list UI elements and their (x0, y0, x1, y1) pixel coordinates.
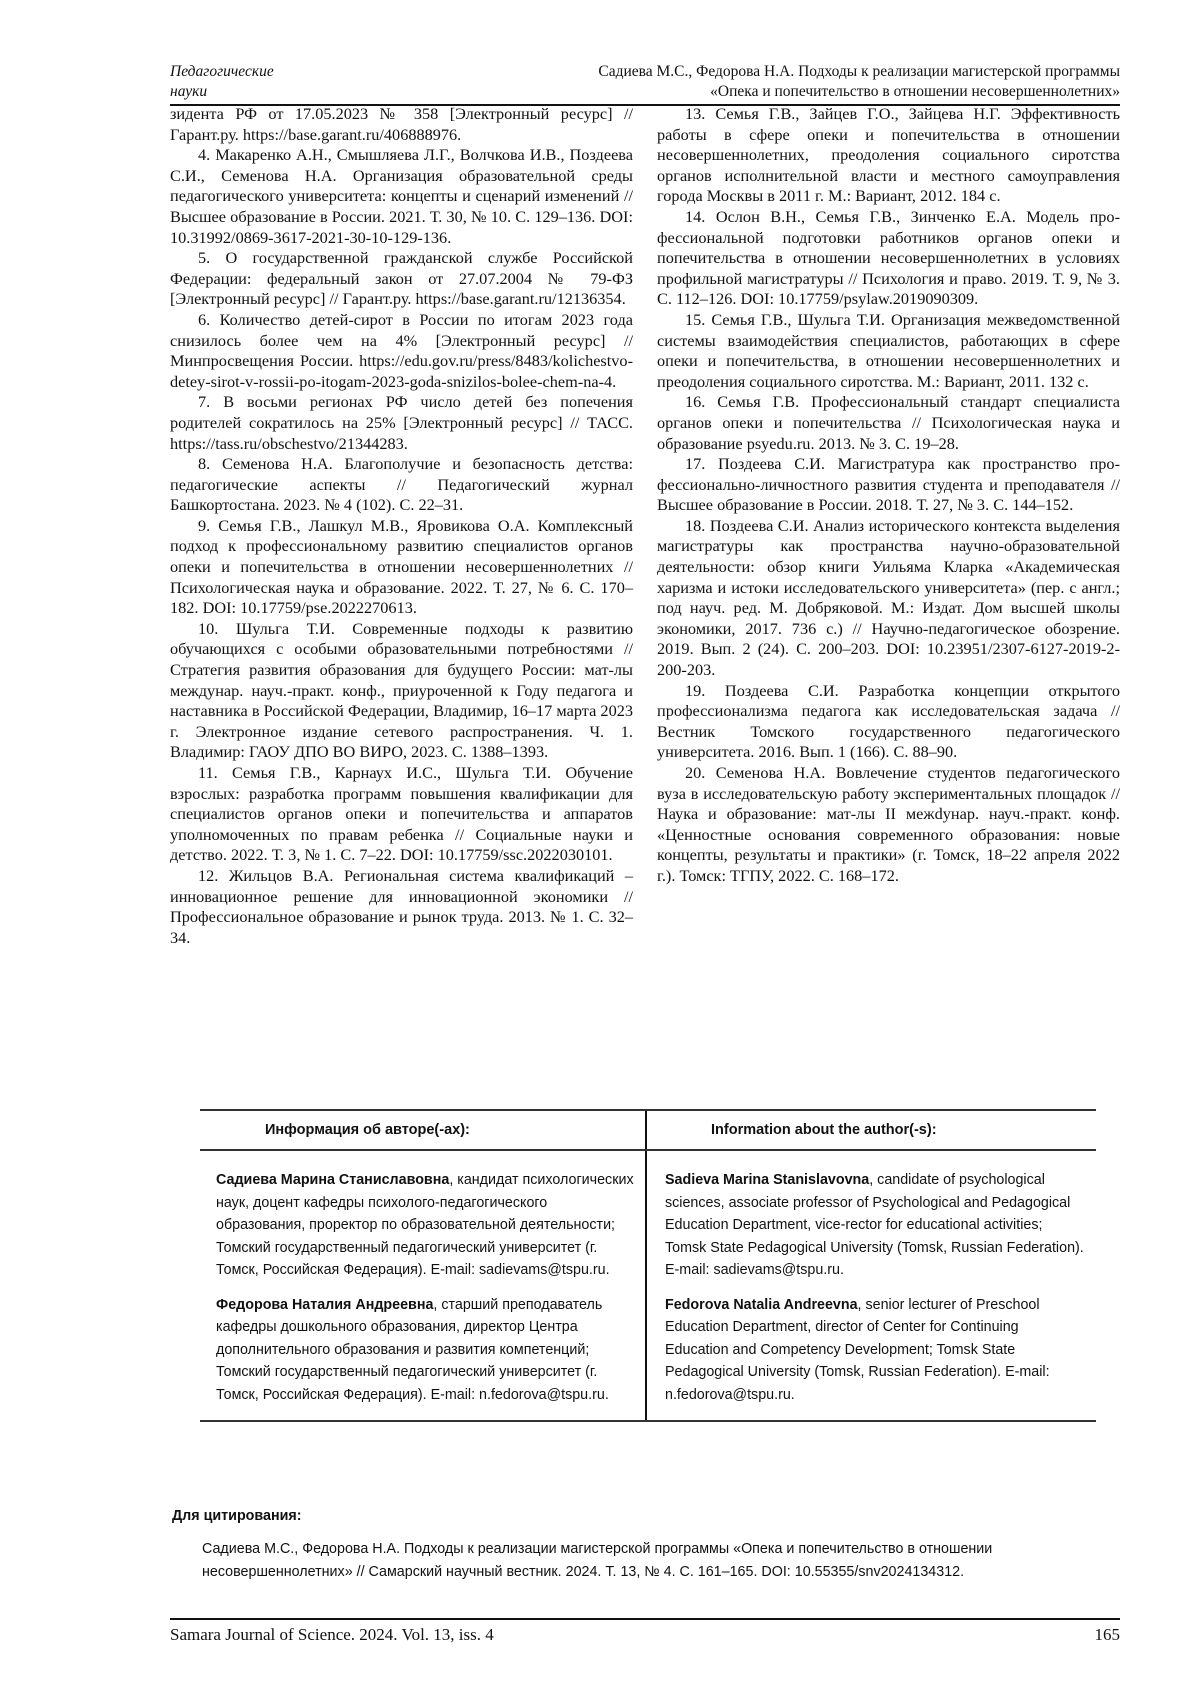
reference-item: 14. Ослон В.Н., Семья Г.В., Зинченко Е.А… (657, 207, 1120, 310)
reference-item: 13. Семья Г.В., Зайцев Г.О., Зайцева Н.Г… (657, 104, 1120, 207)
author-info-en: Sadieva Marina Stanislavovna, candidate … (647, 1151, 1096, 1420)
reference-item: 12. Жильцов В.А. Региональная система кв… (170, 866, 633, 948)
reference-item: 9. Семья Г.В., Лашкул М.В., Яровикова О.… (170, 516, 633, 619)
reference-item: 11. Семья Г.В., Карнаух И.С., Шульга Т.И… (170, 763, 633, 866)
author-info-heading-en: Information about the author(-s): (647, 1111, 1096, 1149)
reference-item: 17. Поздеева С.И. Магистратура как прост… (657, 454, 1120, 516)
running-header: Педагогические науки Садиева М.С., Федор… (170, 62, 1120, 106)
reference-item: 10. Шульга Т.И. Современные подходы к ра… (170, 619, 633, 763)
author-entry: Fedorova Natalia Andreevna, senior lectu… (665, 1294, 1086, 1407)
author-name: Fedorova Natalia Andreevna (665, 1297, 858, 1313)
reference-item: 16. Семья Г.В. Профессиональный стандарт… (657, 392, 1120, 454)
journal-issue: Samara Journal of Science. 2024. Vol. 13… (170, 1624, 494, 1646)
author-info-body-row: Садиева Марина Станиславовна, кандидат п… (200, 1151, 1096, 1420)
running-footer: Samara Journal of Science. 2024. Vol. 13… (170, 1618, 1120, 1624)
author-info-header-row: Информация об авторе(-ах): Information a… (200, 1111, 1096, 1151)
author-entry: Sadieva Marina Stanislavovna, candidate … (665, 1169, 1086, 1282)
author-name: Sadieva Marina Stanislavovna (665, 1172, 869, 1188)
author-entry: Садиева Марина Станиславовна, кандидат п… (216, 1169, 635, 1282)
reference-item: 8. Семенова Н.А. Благополучие и безопасн… (170, 454, 633, 516)
reference-item: 19. Поздеева С.И. Разработка концепции о… (657, 681, 1120, 763)
article-running-title: Садиева М.С., Федорова Н.А. Подходы к ре… (598, 62, 1120, 102)
author-entry: Федорова Наталия Андреевна, старший преп… (216, 1294, 635, 1407)
references-column-right: 13. Семья Г.В., Зайцев Г.О., Зайцева Н.Г… (657, 104, 1120, 887)
reference-item: зидента РФ от 17.05.2023 № 358 [Электрон… (170, 104, 633, 145)
reference-item: 5. О государственной гражданской службе … (170, 248, 633, 310)
author-info-heading-ru: Информация об авторе(-ах): (200, 1111, 647, 1149)
reference-item: 15. Семья Г.В., Шульга Т.И. Организация … (657, 310, 1120, 392)
citation-block: Для цитирования: Садиева М.С., Федорова … (172, 1506, 1132, 1583)
author-info-ru: Садиева Марина Станиславовна, кандидат п… (200, 1151, 647, 1420)
reference-item: 7. В восьми регионах РФ число детей без … (170, 392, 633, 454)
references-column-left: зидента РФ от 17.05.2023 № 358 [Электрон… (170, 104, 633, 948)
citation-text: Садиева М.С., Федорова Н.А. Подходы к ре… (202, 1538, 1132, 1583)
reference-item: 18. Поздеева С.И. Анализ исторического к… (657, 516, 1120, 681)
reference-item: 4. Макаренко А.Н., Смышляева Л.Г., Волчк… (170, 145, 633, 248)
journal-section: Педагогические науки (170, 62, 274, 102)
author-name: Федорова Наталия Андреевна (216, 1297, 433, 1313)
author-name: Садиева Марина Станиславовна (216, 1172, 449, 1188)
reference-item: 6. Количество детей-сирот в России по ит… (170, 310, 633, 392)
page-number: 165 (1095, 1624, 1121, 1646)
citation-label: Для цитирования: (172, 1506, 1132, 1526)
author-info-table: Информация об авторе(-ах): Information a… (200, 1109, 1096, 1422)
reference-item: 20. Семенова Н.А. Вовлечение студентов п… (657, 763, 1120, 887)
